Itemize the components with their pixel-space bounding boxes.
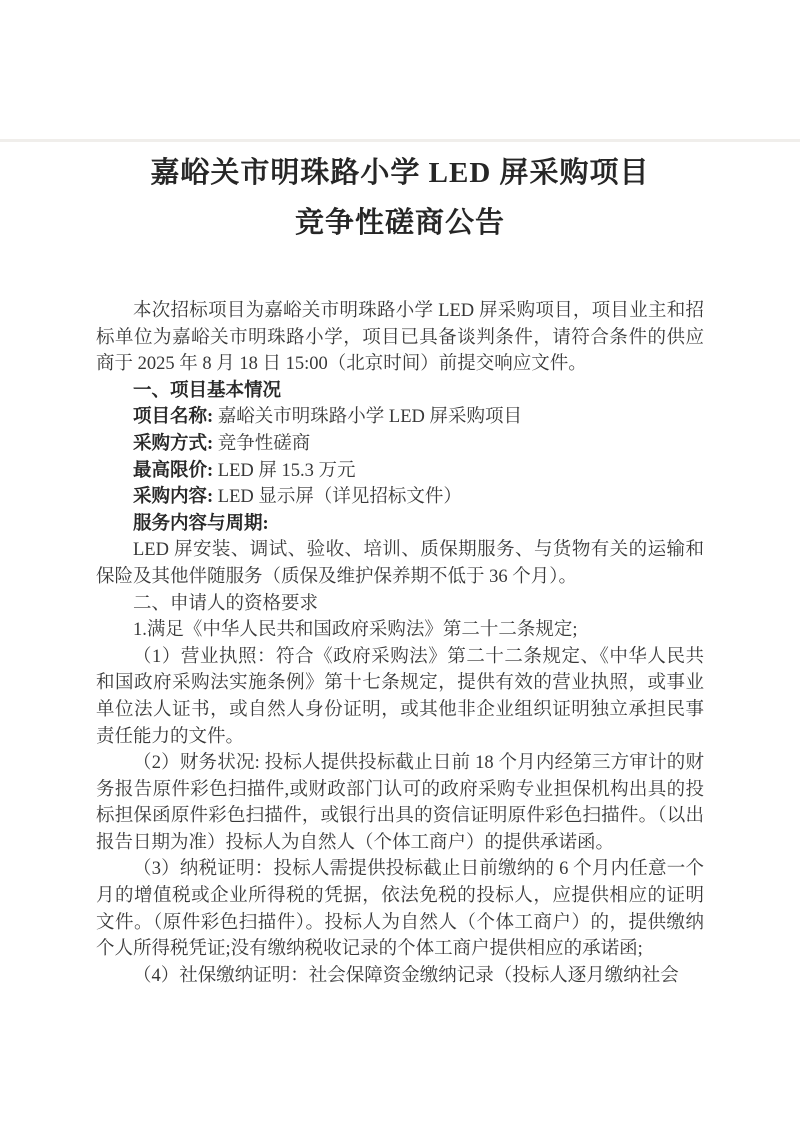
paragraph: 采购内容: LED 显示屏（详见招标文件） (96, 484, 704, 511)
paragraph: 项目名称: 嘉峪关市明珠路小学 LED 屏采购项目 (96, 404, 704, 431)
paragraph: （1）营业执照：符合《政府采购法》第二十二条规定、《中华人民共和国政府采购法实施… (96, 644, 704, 750)
document-page: 嘉峪关市明珠路小学 LED 屏采购项目 竞争性磋商公告 本次招标项目为嘉峪关市明… (0, 0, 800, 1131)
paragraph: LED 屏安装、调试、验收、培训、质保期服务、与货物有关的运输和保险及其他伴随服… (96, 537, 704, 590)
paragraph: （4）社保缴纳证明：社会保障资金缴纳记录（投标人逐月缴纳社会 (96, 963, 704, 990)
document-title-line-1: 嘉峪关市明珠路小学 LED 屏采购项目 (96, 148, 704, 198)
document-title-line-2: 竞争性磋商公告 (96, 198, 704, 248)
scan-artifact-line (0, 139, 800, 142)
paragraph: 最高限价: LED 屏 15.3 万元 (96, 458, 704, 485)
field-label: 服务内容与周期: (133, 514, 269, 534)
paragraph: 1.满足《中华人民共和国政府采购法》第二十二条规定; (96, 617, 704, 644)
section-heading: 一、项目基本情况 (96, 378, 704, 405)
paragraph: 二、申请人的资格要求 (96, 591, 704, 618)
paragraph: 服务内容与周期: (96, 511, 704, 538)
paragraph: 采购方式: 竞争性磋商 (96, 431, 704, 458)
paragraph: （2）财务状况: 投标人提供投标截止日前 18 个月内经第三方审计的财务报告原件… (96, 750, 704, 856)
field-label: 项目名称: (133, 407, 213, 427)
field-label: 采购方式: (133, 434, 213, 454)
field-label: 最高限价: (133, 461, 213, 481)
field-label: 采购内容: (133, 487, 213, 507)
document-body: 本次招标项目为嘉峪关市明珠路小学 LED 屏采购项目，项目业主和招标单位为嘉峪关… (96, 298, 704, 989)
paragraph: 本次招标项目为嘉峪关市明珠路小学 LED 屏采购项目，项目业主和招标单位为嘉峪关… (96, 298, 704, 378)
paragraph: （3）纳税证明：投标人需提供投标截止日前缴纳的 6 个月内任意一个月的增值税或企… (96, 856, 704, 962)
document-content: 嘉峪关市明珠路小学 LED 屏采购项目 竞争性磋商公告 本次招标项目为嘉峪关市明… (96, 148, 704, 989)
